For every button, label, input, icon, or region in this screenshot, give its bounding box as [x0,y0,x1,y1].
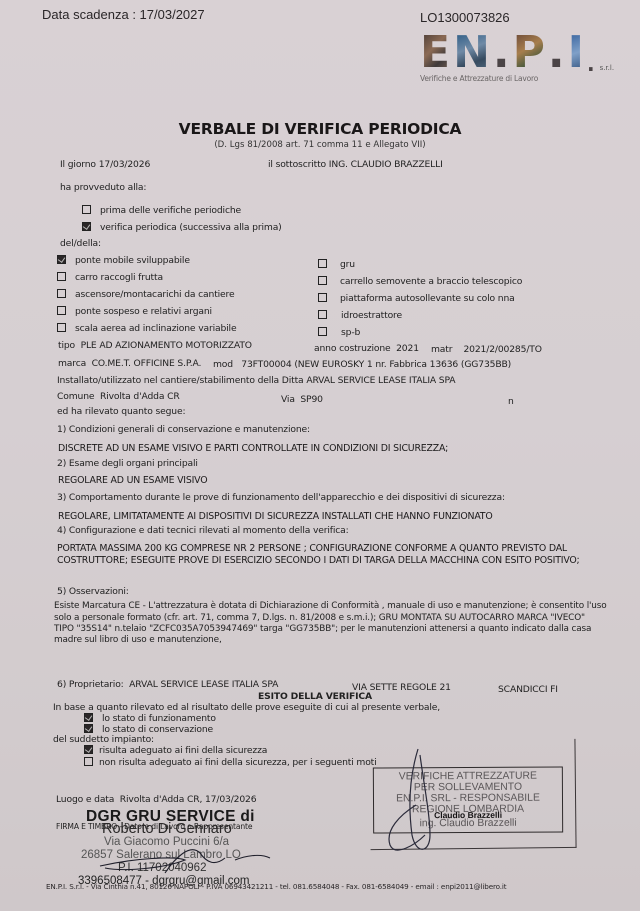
via-line: Via SP90 [281,394,323,405]
checkbox[interactable] [84,757,93,766]
plant-label: del suddetto impianto: [53,734,154,745]
equipment-option: carro raccogli frutta [57,272,163,283]
company-stamp-line: 26857 Salerano sul Lambro LO [78,849,255,862]
checkbox[interactable] [57,323,66,332]
checkbox[interactable] [318,293,327,302]
logo-dot: . [587,56,595,72]
option-label: lo stato di funzionamento [102,713,216,724]
section-1-heading: 1) Condizioni generali di conservazione … [57,424,310,435]
logo-dot: . [548,34,565,72]
checkbox-checked[interactable] [84,745,93,754]
section-2-body: REGOLARE AD UN ESAME VISIVO [58,475,207,486]
outcome-result-not-adequate: non risulta adeguato ai fini della sicur… [84,757,377,768]
owner-label: 6) Proprietario: [57,679,124,690]
provided-label: ha provveduto alla: [60,182,146,193]
undersigned-value: ING. CLAUDIO BRAZZELLI [329,159,443,170]
option-label: sp-b [341,327,360,338]
company-stamp-line: Roberto Di Gennaro [78,823,255,836]
findings-intro: ed ha rilevato quanto segue: [57,406,185,417]
owner-city: SCANDICCI FI [498,684,558,695]
document-subtitle: (D. Lgs 81/2008 art. 71 comma 11 e Alleg… [0,140,640,150]
via-value: SP90 [300,394,322,405]
section-3-heading: 3) Comportamento durante le prove di fun… [57,492,505,503]
option-label: ponte mobile sviluppabile [75,255,190,266]
document-title: VERBALE DI VERIFICA PERIODICA [0,120,640,138]
equipment-label: del/della: [60,238,101,249]
option-label: ascensore/montacarichi da cantiere [75,289,234,300]
undersigned-label: il sottoscritto [268,159,326,170]
option-label: gru [340,259,355,270]
owner-name: ARVAL SERVICE LEASE ITALIA SPA [129,679,278,690]
anno-line: anno costruzione 2021 [314,343,419,354]
company-stamp-line: Via Giacomo Puccini 6/a [78,836,255,849]
section-3-body: REGOLARE, LIMITATAMENTE AI DISPOSITIVI D… [58,511,493,522]
equipment-option: sp-b [318,327,360,338]
tipo-value: PLE AD AZIONAMENTO MOTORIZZATO [81,340,252,351]
logo-letter: P [513,34,545,72]
place-date-value: Rivolta d'Adda CR, 17/03/2026 [120,794,257,805]
enpi-logo: E N . P . I . s.r.l. Verifiche e Attrezz… [420,34,590,114]
day-label: Il giorno [60,159,96,170]
comune-value: Rivolta d'Adda CR [100,391,180,402]
tipo-line: tipo PLE AD AZIONAMENTO MOTORIZZATO [58,340,252,351]
checkbox[interactable] [318,276,327,285]
mod-value: 73FT00004 (NEW EUROSKY 1 nr. Fabbrica 13… [241,359,511,370]
outcome-state-functioning: lo stato di funzionamento [84,713,216,724]
section-4-body-line1: PORTATA MASSIMA 200 KG COMPRESE NR 2 PER… [57,543,567,554]
company-stamp: DGR GRU SERVICE di Roberto Di Gennaro Vi… [78,810,255,888]
installed-value: ARVAL SERVICE LEASE ITALIA SPA [306,375,455,386]
option-label: ponte sospeso e relativi argani [75,306,212,317]
day-line: Il giorno 17/03/2026 [60,159,150,170]
option-label: idroestrattore [341,310,402,321]
checkbox-checked[interactable] [84,713,93,722]
owner-line: 6) Proprietario: ARVAL SERVICE LEASE ITA… [57,679,278,690]
section-5-heading: 5) Osservazioni: [57,586,129,597]
matr-line: matr 2021/2/00285/TO [431,344,542,355]
logo-letter: N [453,34,490,72]
company-stamp-line: P.I. 11702040962 [78,862,255,875]
option-label: piattaforma autosollevante su colo nna [340,293,515,304]
logo-letter: E [420,34,450,72]
n-label: n [508,396,514,407]
place-date-label: Luogo e data [56,794,114,805]
matr-value: 2021/2/00285/TO [463,344,541,355]
checkbox[interactable] [57,289,66,298]
place-date-line: Luogo e data Rivolta d'Adda CR, 17/03/20… [56,794,256,805]
mod-line: mod 73FT00004 (NEW EUROSKY 1 nr. Fabbric… [213,359,511,370]
outcome-title: ESITO DELLA VERIFICA [258,691,372,702]
checkbox[interactable] [318,310,327,319]
marca-line: marca CO.ME.T. OFFICINE S.P.A. [58,358,201,369]
stamp-ing: ing. Claudio Brazzelli [374,818,562,830]
equipment-option: ponte sospeso e relativi argani [57,306,212,317]
equipment-option: carrello semovente a braccio telescopico [318,276,522,287]
equipment-option: piattaforma autosollevante su colo nna [318,293,515,304]
matr-label: matr [431,344,452,355]
option-label: risulta adeguato ai fini della sicurezza [99,745,267,756]
option-label: verifica periodica (successiva alla prim… [100,222,282,233]
outcome-result-adequate: risulta adeguato ai fini della sicurezza [84,745,267,756]
comune-line: Comune Rivolta d'Adda CR [57,391,180,402]
option-label: scala aerea ad inclinazione variabile [75,323,236,334]
checkbox-checked[interactable] [82,222,91,231]
checkbox[interactable] [318,259,327,268]
anno-label: anno costruzione [314,343,391,354]
option-label: carro raccogli frutta [75,272,163,283]
equipment-option: ascensore/montacarichi da cantiere [57,289,234,300]
expiry-date: Data scadenza : 17/03/2027 [42,7,205,22]
section-4-heading: 4) Configurazione e dati tecnici rilevat… [57,525,349,536]
verification-option-first: prima delle verifiche periodiche [82,205,241,216]
equipment-option: ponte mobile sviluppabile [57,255,190,266]
checkbox[interactable] [57,306,66,315]
option-label: carrello semovente a braccio telescopico [340,276,522,287]
checkbox[interactable] [318,327,327,336]
verification-option-periodic: verifica periodica (successiva alla prim… [82,222,282,233]
checkbox[interactable] [82,205,91,214]
marca-value: CO.ME.T. OFFICINE S.P.A. [92,358,202,369]
section-2-heading: 2) Esame degli organi principali [57,458,198,469]
checkbox-checked[interactable] [84,724,93,733]
mod-label: mod [213,359,233,370]
section-4-body-line2: COSTRUTTORE; ESEGUITE PROVE DI ESERCIZIO… [57,555,580,566]
equipment-option: scala aerea ad inclinazione variabile [57,323,236,334]
undersigned-line: il sottoscritto ING. CLAUDIO BRAZZELLI [268,159,443,170]
tipo-label: tipo [58,340,75,351]
inspector-stamp: VERIFICHE ATTREZZATURE PER SOLLEVAMENTO … [373,767,563,834]
comune-label: Comune [57,391,94,402]
section-5-body-line1: Esiste Marcatura CE - L'attrezzatura è d… [54,601,607,611]
installed-line: Installato/utilizzato nel cantiere/stabi… [57,375,455,386]
section-5-body-line4: madre sul libro di uso e manutenzione, [54,635,222,645]
option-label: non risulta adeguato ai fini della sicur… [99,757,377,768]
installed-label: Installato/utilizzato nel cantiere/stabi… [57,375,304,386]
logo-letter: I [568,34,584,72]
stamp-line: VERIFICHE ATTREZZATURE [374,771,562,783]
marca-label: marca [58,358,86,369]
logo-srl: s.r.l. [600,64,615,72]
via-label: Via [281,394,295,405]
section-1-body: DISCRETE AD UN ESAME VISIVO E PARTI CONT… [58,443,448,454]
outcome-intro: In base a quanto rilevato ed al risultat… [53,702,440,713]
day-value: 17/03/2026 [99,159,150,170]
equipment-option: gru [318,259,355,270]
logo-dot: . [493,34,510,72]
checkbox[interactable] [57,272,66,281]
equipment-option: idroestrattore [318,310,402,321]
checkbox-checked[interactable] [57,255,66,264]
footer-company-info: EN.P.I. S.r.l. - Via Cinthia n.41, 80126… [46,882,506,891]
option-label: prima delle verifiche periodiche [100,205,241,216]
document-code: LO1300073826 [420,10,510,25]
stamp-line: EN.P.I. SRL - RESPONSABILE [374,793,562,805]
section-5-body-line2: solo a personale formato (cfr. art. 71, … [54,613,585,623]
section-5-body-line3: TIPO "35S14" n.telaio "ZCFC035A705394746… [54,624,591,634]
anno-value: 2021 [396,343,419,354]
